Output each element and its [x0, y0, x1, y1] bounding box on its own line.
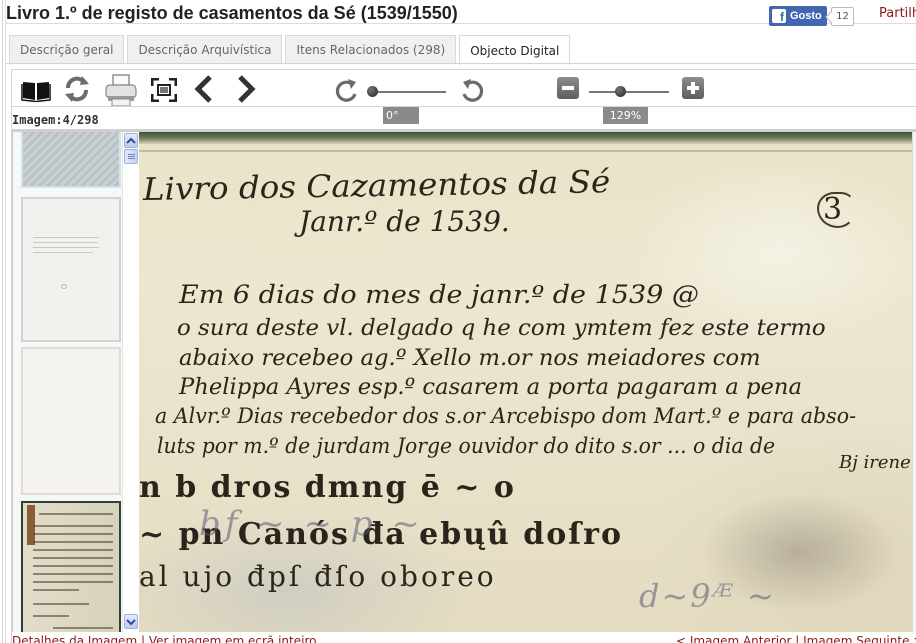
rotate-clockwise-button[interactable] — [333, 77, 361, 105]
thumbnail-3[interactable] — [21, 347, 121, 495]
manuscript-line: abaixo recebeo ag.º Xello m.or nos meiad… — [179, 346, 761, 371]
manuscript-line: o sura deste vl. delgado q he com ymtem … — [177, 316, 826, 341]
thumbnail-4-selected[interactable] — [21, 501, 121, 632]
tab-archival-description[interactable]: Descrição Arquivística — [127, 35, 282, 64]
chevron-up-icon — [126, 137, 136, 145]
refresh-icon — [62, 74, 92, 104]
image-counter: Imagem:4/298 — [12, 113, 99, 127]
thumbnail-scrollbar[interactable] — [122, 132, 138, 632]
facebook-icon: f — [772, 9, 786, 23]
viewer-right-edge — [912, 132, 916, 632]
tab-digital-object[interactable]: Objecto Digital — [459, 35, 570, 65]
thumbnail-stamp — [61, 284, 67, 289]
zoom-out-button[interactable] — [557, 77, 579, 99]
manuscript-line: Livro dos Cazamentos da Sé — [143, 164, 611, 208]
tab-bar: Descrição geral Descrição Arquivística I… — [9, 35, 570, 65]
tab-related-items[interactable]: Itens Relacionados (298) — [285, 35, 456, 64]
rotate-counterclockwise-button[interactable] — [458, 77, 486, 105]
scroll-down-button[interactable] — [124, 614, 138, 629]
rotate-counterclockwise-icon — [459, 78, 485, 104]
zoom-in-icon — [686, 81, 700, 95]
manuscript-line: Phelippa Ayres esp.º casarem a porta pag… — [179, 375, 802, 400]
zoom-in-button[interactable] — [682, 77, 704, 99]
page-border-left-inner — [5, 0, 6, 643]
toolbar-divider — [12, 106, 916, 107]
tab-general-description[interactable]: Descrição geral — [9, 35, 124, 64]
reload-button[interactable] — [61, 74, 93, 104]
manuscript-line: luts por m.º de jurdam Jorge ouvidor do … — [157, 434, 775, 458]
previous-image-link[interactable]: < Imagem Anterior — [676, 634, 791, 643]
manuscript-line: Em 6 dias do mes de janr.º de 1539 @ — [179, 280, 699, 309]
rotation-slider-track[interactable] — [371, 91, 446, 93]
manuscript-bleed-text: al ujo đpſ đſo oboreo — [139, 560, 497, 593]
manuscript-bleed-text-faded: bf ~ ~ p ~ — [199, 504, 424, 544]
thumbnail-1[interactable] — [21, 132, 121, 188]
zoom-out-icon — [561, 81, 575, 95]
book-icon — [21, 78, 51, 102]
scrollbar-thumb[interactable] — [124, 149, 138, 164]
previous-icon — [193, 74, 215, 104]
thumbnail-text-line — [53, 627, 113, 629]
facebook-like-button[interactable]: f Gosto — [769, 6, 827, 26]
like-count: 12 — [831, 7, 854, 26]
thumbnail-text-line — [33, 589, 79, 591]
previous-image-button[interactable] — [191, 74, 217, 104]
book-view-button[interactable] — [20, 76, 52, 104]
thumbnail-text-line — [33, 557, 113, 559]
grip-line — [128, 158, 135, 159]
image-links-left: Detalhes da Imagem | Ver imagem em ecrã … — [12, 634, 316, 643]
image-links-right: < Imagem Anterior | Imagem Seguinte > — [676, 634, 916, 643]
page-title: Livro 1.º de registo de casamentos da Sé… — [6, 3, 458, 24]
page-number-circle — [817, 192, 855, 228]
grip-line — [128, 156, 135, 157]
rotation-slider-handle[interactable] — [367, 86, 378, 97]
page-border-left — [2, 0, 3, 643]
manuscript-line: Janr.º de 1539. — [299, 205, 510, 238]
share-link[interactable]: Partilhar — [879, 6, 916, 21]
link-separator: | — [141, 634, 145, 643]
chevron-down-icon — [126, 618, 136, 626]
thumbnail-strip — [12, 132, 138, 632]
grip-line — [128, 154, 135, 155]
thumbnail-text-line — [33, 247, 99, 248]
link-separator: | — [795, 634, 799, 643]
fit-to-screen-button[interactable] — [150, 77, 178, 103]
image-details-link[interactable]: Detalhes da Imagem — [12, 634, 137, 643]
thumbnail-text-line — [33, 573, 113, 575]
thumbnail-text-line — [33, 242, 97, 243]
tabs-divider — [6, 63, 916, 64]
thumbnail-text-line — [33, 237, 99, 238]
thumbnail-text-line — [33, 533, 113, 535]
manuscript-line: a Alvr.º Dias recebedor dos s.or Arcebis… — [155, 404, 856, 428]
thumbnail-text-line — [33, 525, 113, 527]
manuscript-edge-line — [139, 150, 916, 152]
next-icon — [235, 74, 257, 104]
thumbnail-text-line — [33, 252, 93, 253]
thumbnail-text-line — [33, 541, 113, 543]
scroll-up-button[interactable] — [124, 133, 138, 148]
thumbnail-text-line — [33, 603, 89, 605]
thumbnail-text-line — [33, 565, 113, 567]
thumbnail-text-line — [33, 549, 113, 551]
manuscript-margin-text: Bj ireneu — [839, 452, 916, 473]
rotation-value: 0° — [383, 107, 419, 124]
rotate-clockwise-icon — [334, 78, 360, 104]
manuscript-image-viewer[interactable]: 3 Livro dos Cazamentos da Sé Janr.º de 1… — [139, 132, 916, 632]
zoom-value: 129% — [603, 107, 648, 124]
print-button[interactable] — [102, 72, 140, 108]
thumbnail-text-line — [33, 581, 113, 583]
manuscript-top-edge — [139, 132, 916, 144]
zoom-slider-track[interactable] — [589, 91, 669, 93]
manuscript-bleed-text: n b dros dmng ē ~ o — [139, 470, 516, 505]
zoom-slider-handle[interactable] — [615, 86, 626, 97]
thumbnail-text-line — [33, 615, 69, 617]
next-image-button[interactable] — [233, 74, 259, 104]
ink-stain — [699, 492, 899, 612]
thumbnail-text-line — [39, 513, 113, 515]
fullscreen-link[interactable]: Ver imagem em ecrã inteiro — [149, 634, 317, 643]
fit-screen-icon — [151, 78, 177, 102]
print-icon — [103, 72, 139, 108]
thumbnail-2[interactable] — [21, 197, 121, 342]
like-label: Gosto — [790, 10, 822, 22]
next-image-link[interactable]: Imagem Seguinte > — [803, 634, 916, 643]
